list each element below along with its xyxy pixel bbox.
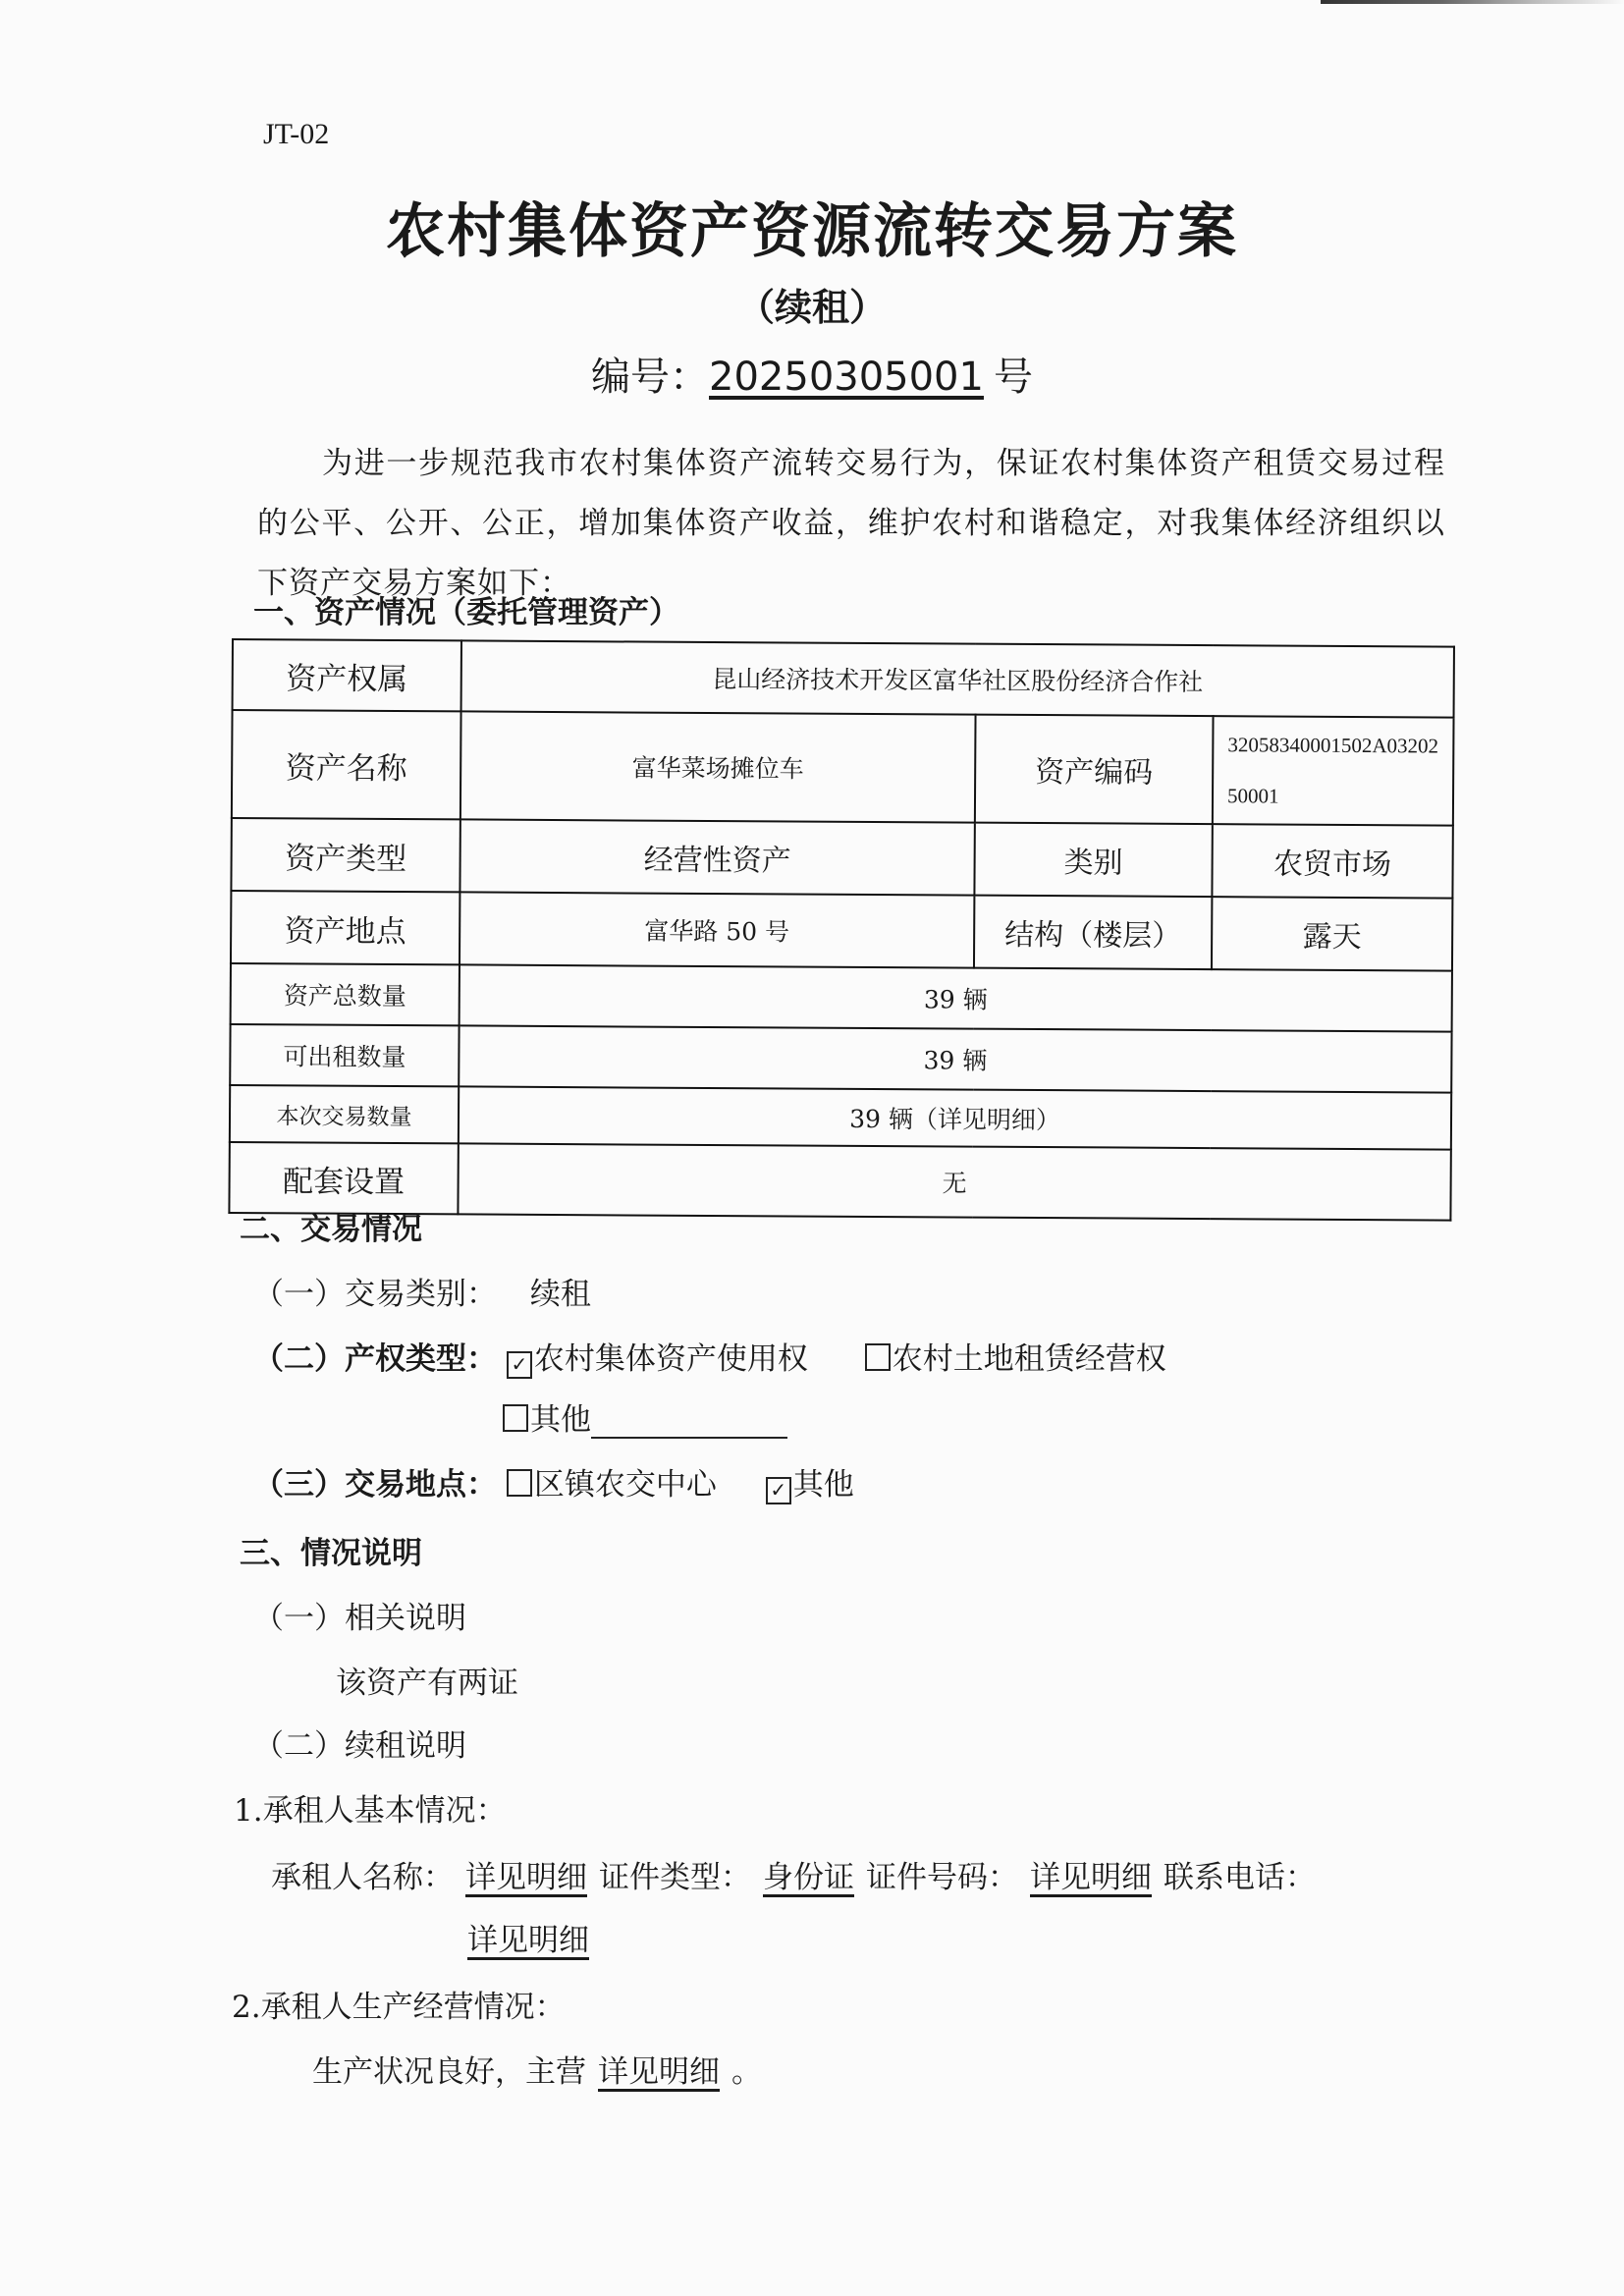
- table-row: 资产地点 富华路 50 号 结构（楼层） 露天: [231, 891, 1452, 971]
- checkbox-empty-icon[interactable]: [507, 1469, 532, 1497]
- trade-location-label: （三）交易地点：: [253, 1467, 497, 1503]
- business-line: 生产状况良好，主营详见明细。: [312, 2047, 762, 2091]
- asset-name-label: 资产名称: [232, 710, 461, 819]
- option-label: 农村土地租赁经营权: [893, 1341, 1166, 1377]
- id-type-label: 证件类型：: [599, 1860, 751, 1895]
- scan-edge-mark: [1321, 0, 1624, 4]
- document-code: JT-02: [263, 118, 329, 151]
- rentable-quantity-value: 39 辆: [459, 1025, 1451, 1092]
- section3-heading: 三、情况说明: [240, 1528, 422, 1572]
- property-type-label: （二）产权类型：: [253, 1341, 497, 1377]
- asset-code-label: 资产编码: [975, 715, 1214, 824]
- option-district-center[interactable]: 区镇农交中心: [507, 1467, 717, 1503]
- property-type-other-line: 其他: [503, 1394, 787, 1439]
- option-other-property[interactable]: 其他: [503, 1402, 591, 1438]
- total-quantity-value: 39 辆: [460, 964, 1452, 1031]
- number-suffix: 号: [994, 355, 1033, 400]
- trade-quantity-value: 39 辆（详见明细）: [459, 1086, 1451, 1149]
- other-blank-field[interactable]: [591, 1409, 787, 1439]
- checkbox-checked-icon[interactable]: ✓: [766, 1477, 791, 1504]
- option-label: 其他: [530, 1402, 591, 1438]
- id-number-value: 详见明细: [1018, 1860, 1164, 1895]
- location-label: 资产地点: [231, 891, 460, 964]
- table-row: 资产名称 富华菜场摊位车 资产编码 32058340001502A03202 5…: [232, 710, 1454, 826]
- number-label: 编号：: [591, 355, 709, 400]
- option-label: 农村集体资产使用权: [534, 1341, 808, 1377]
- ownership-value: 昆山经济技术开发区富华社区股份经济合作社: [461, 640, 1454, 717]
- trade-location-line: （三）交易地点： 区镇农交中心 ✓其他: [253, 1459, 854, 1504]
- page-subtitle: （续租）: [0, 277, 1624, 331]
- id-type-value: 身份证: [751, 1860, 866, 1895]
- asset-name-value: 富华菜场摊位车: [460, 711, 976, 822]
- rentable-quantity-label: 可出租数量: [230, 1024, 459, 1086]
- checkbox-checked-icon[interactable]: ✓: [507, 1351, 532, 1379]
- lessee-name-value: 详见明细: [454, 1860, 599, 1895]
- section1-heading: 一、资产情况（委托管理资产）: [253, 587, 679, 631]
- asset-code-value: 32058340001502A03202 50001: [1213, 716, 1454, 825]
- total-quantity-label: 资产总数量: [231, 963, 460, 1025]
- related-notes-label: （一）相关说明: [253, 1593, 466, 1637]
- trade-quantity-label: 本次交易数量: [230, 1085, 459, 1143]
- location-value: 富华路 50 号: [460, 892, 974, 967]
- checkbox-empty-icon[interactable]: [865, 1343, 891, 1371]
- checkbox-empty-icon[interactable]: [503, 1404, 528, 1432]
- asset-code-line2: 50001: [1227, 770, 1446, 822]
- phone-value-line: 详见明细: [467, 1915, 601, 1959]
- asset-table: 资产权属 昆山经济技术开发区富华社区股份经济合作社 资产名称 富华菜场摊位车 资…: [228, 638, 1455, 1222]
- property-type-line: （二）产权类型： ✓农村集体资产使用权 农村土地租赁经营权: [253, 1334, 1166, 1379]
- table-row: 本次交易数量 39 辆（详见明细）: [230, 1085, 1451, 1150]
- lessee-name-label: 承租人名称：: [271, 1860, 454, 1895]
- ownership-label: 资产权属: [233, 639, 461, 711]
- business-value: 详见明细: [586, 2054, 731, 2090]
- facilities-value: 无: [458, 1143, 1450, 1220]
- number-value: 20250305001: [709, 355, 994, 400]
- table-row: 资产权属 昆山经济技术开发区富华社区股份经济合作社: [233, 639, 1454, 718]
- option-other-location[interactable]: ✓其他: [766, 1467, 854, 1503]
- related-notes-text: 该资产有两证: [336, 1658, 518, 1702]
- category-label: 类别: [974, 823, 1212, 897]
- trade-type-label: （一）交易类别：: [253, 1277, 497, 1312]
- table-row: 可出租数量 39 辆: [230, 1024, 1451, 1093]
- section2-heading: 二、交易情况: [240, 1204, 422, 1248]
- renewal-notes-label: （二）续租说明: [253, 1721, 466, 1765]
- phone-label: 联系电话：: [1164, 1860, 1316, 1895]
- trade-type-line: （一）交易类别： 续租: [253, 1269, 591, 1313]
- category-value: 农贸市场: [1212, 824, 1452, 898]
- table-row: 资产类型 经营性资产 类别 农贸市场: [231, 818, 1452, 899]
- option-label: 其他: [793, 1467, 854, 1503]
- id-number-label: 证件号码：: [866, 1860, 1018, 1895]
- business-suffix: 。: [731, 2054, 762, 2090]
- trade-type-value: 续租: [530, 1277, 591, 1312]
- table-row: 资产总数量 39 辆: [231, 963, 1452, 1032]
- phone-value: 详见明细: [467, 1923, 601, 1958]
- page-title: 农村集体资产资源流转交易方案: [0, 185, 1624, 269]
- option-collective-use-right[interactable]: ✓农村集体资产使用权: [507, 1341, 808, 1377]
- structure-label: 结构（楼层）: [974, 896, 1212, 969]
- asset-type-label: 资产类型: [231, 818, 460, 892]
- asset-type-value: 经营性资产: [460, 819, 974, 895]
- structure-value: 露天: [1212, 897, 1452, 970]
- option-label: 区镇农交中心: [534, 1467, 717, 1503]
- option-land-lease-right[interactable]: 农村土地租赁经营权: [865, 1341, 1166, 1377]
- document-number: 编号：20250305001号: [0, 346, 1624, 402]
- lessee-info-line: 承租人名称：详见明细证件类型：身份证证件号码：详见明细联系电话：: [271, 1852, 1316, 1896]
- asset-code-line1: 32058340001502A03202: [1227, 719, 1446, 771]
- lessee-business-heading: 2.承租人生产经营情况：: [232, 1982, 566, 2026]
- lessee-basic-heading: 1.承租人基本情况：: [234, 1785, 507, 1830]
- business-prefix: 生产状况良好，主营: [312, 2054, 586, 2090]
